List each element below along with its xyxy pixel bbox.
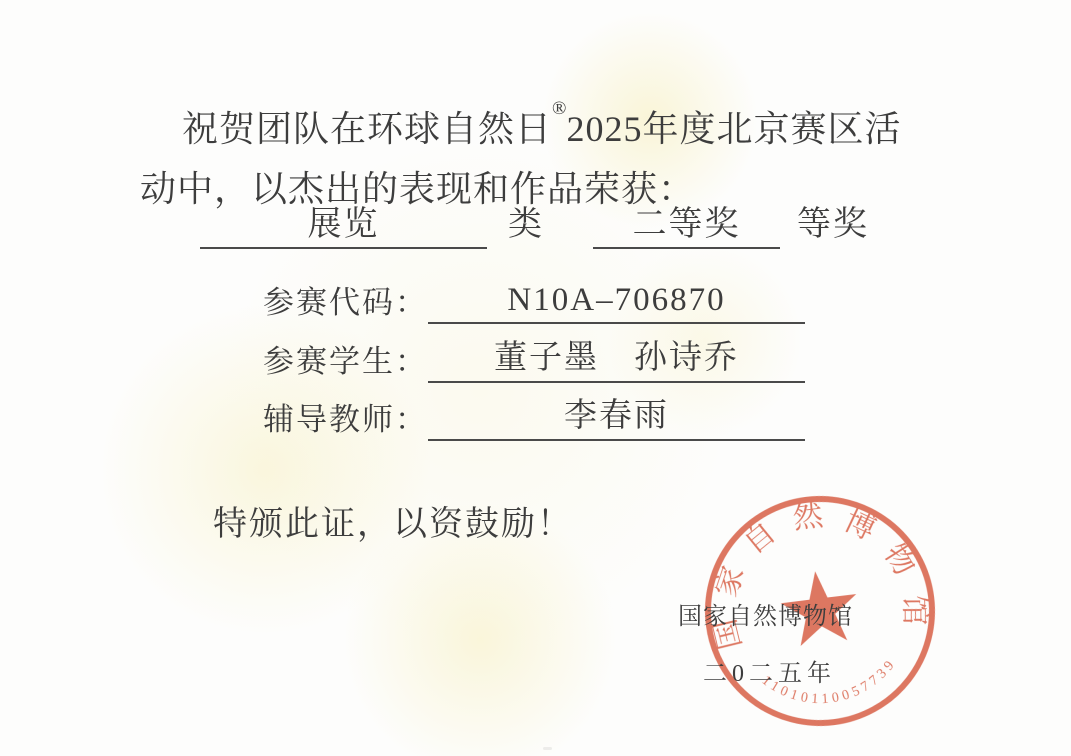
category-blank-underline: 展览 [200, 201, 487, 249]
greeting-line1-text: 祝贺团队在环球自然日 [182, 109, 552, 149]
students-label: 参赛学生： [263, 336, 428, 383]
contest-code-label: 参赛代码： [263, 277, 428, 324]
teacher-value: 李春雨 [564, 389, 669, 439]
registered-trademark-icon: ® [552, 98, 566, 119]
greeting-line1-continuation: 2025年度北京赛区活 [566, 109, 901, 149]
prize-blank-underline: 二等奖 [593, 201, 780, 249]
prize-value: 二等奖 [633, 196, 741, 247]
category-suffix-label: 类 [508, 196, 544, 245]
field-row-contest-code: 参赛代码： N10A–706870 [263, 280, 805, 324]
prize-suffix-label: 等奖 [797, 196, 869, 245]
field-row-students: 参赛学生： 董子墨 孙诗乔 [263, 339, 805, 383]
issuer-name: 国家自然博物馆 [678, 596, 853, 631]
category-value: 展览 [308, 196, 380, 247]
contest-code-value: N10A–706870 [507, 282, 725, 322]
greeting-line-1: 祝贺团队在环球自然日®2025年度北京赛区活 [140, 93, 940, 159]
students-underline: 董子墨 孙诗乔 [428, 337, 805, 383]
closing-statement: 特颁此证，以资鼓励！ [213, 496, 573, 545]
certificate-page: 祝贺团队在环球自然日®2025年度北京赛区活 动中，以杰出的表现和作品荣获： 展… [0, 0, 1071, 756]
field-row-teacher: 辅导教师： 李春雨 [263, 397, 805, 441]
teacher-label: 辅导教师： [263, 394, 428, 441]
students-value: 董子墨 孙诗乔 [494, 331, 739, 381]
award-row: 展览 类 二等奖 等奖 [200, 203, 900, 249]
issue-year: 二0二五年 [703, 653, 836, 688]
contest-code-underline: N10A–706870 [428, 278, 805, 324]
teacher-underline: 李春雨 [428, 395, 805, 441]
scan-speck [543, 747, 552, 750]
